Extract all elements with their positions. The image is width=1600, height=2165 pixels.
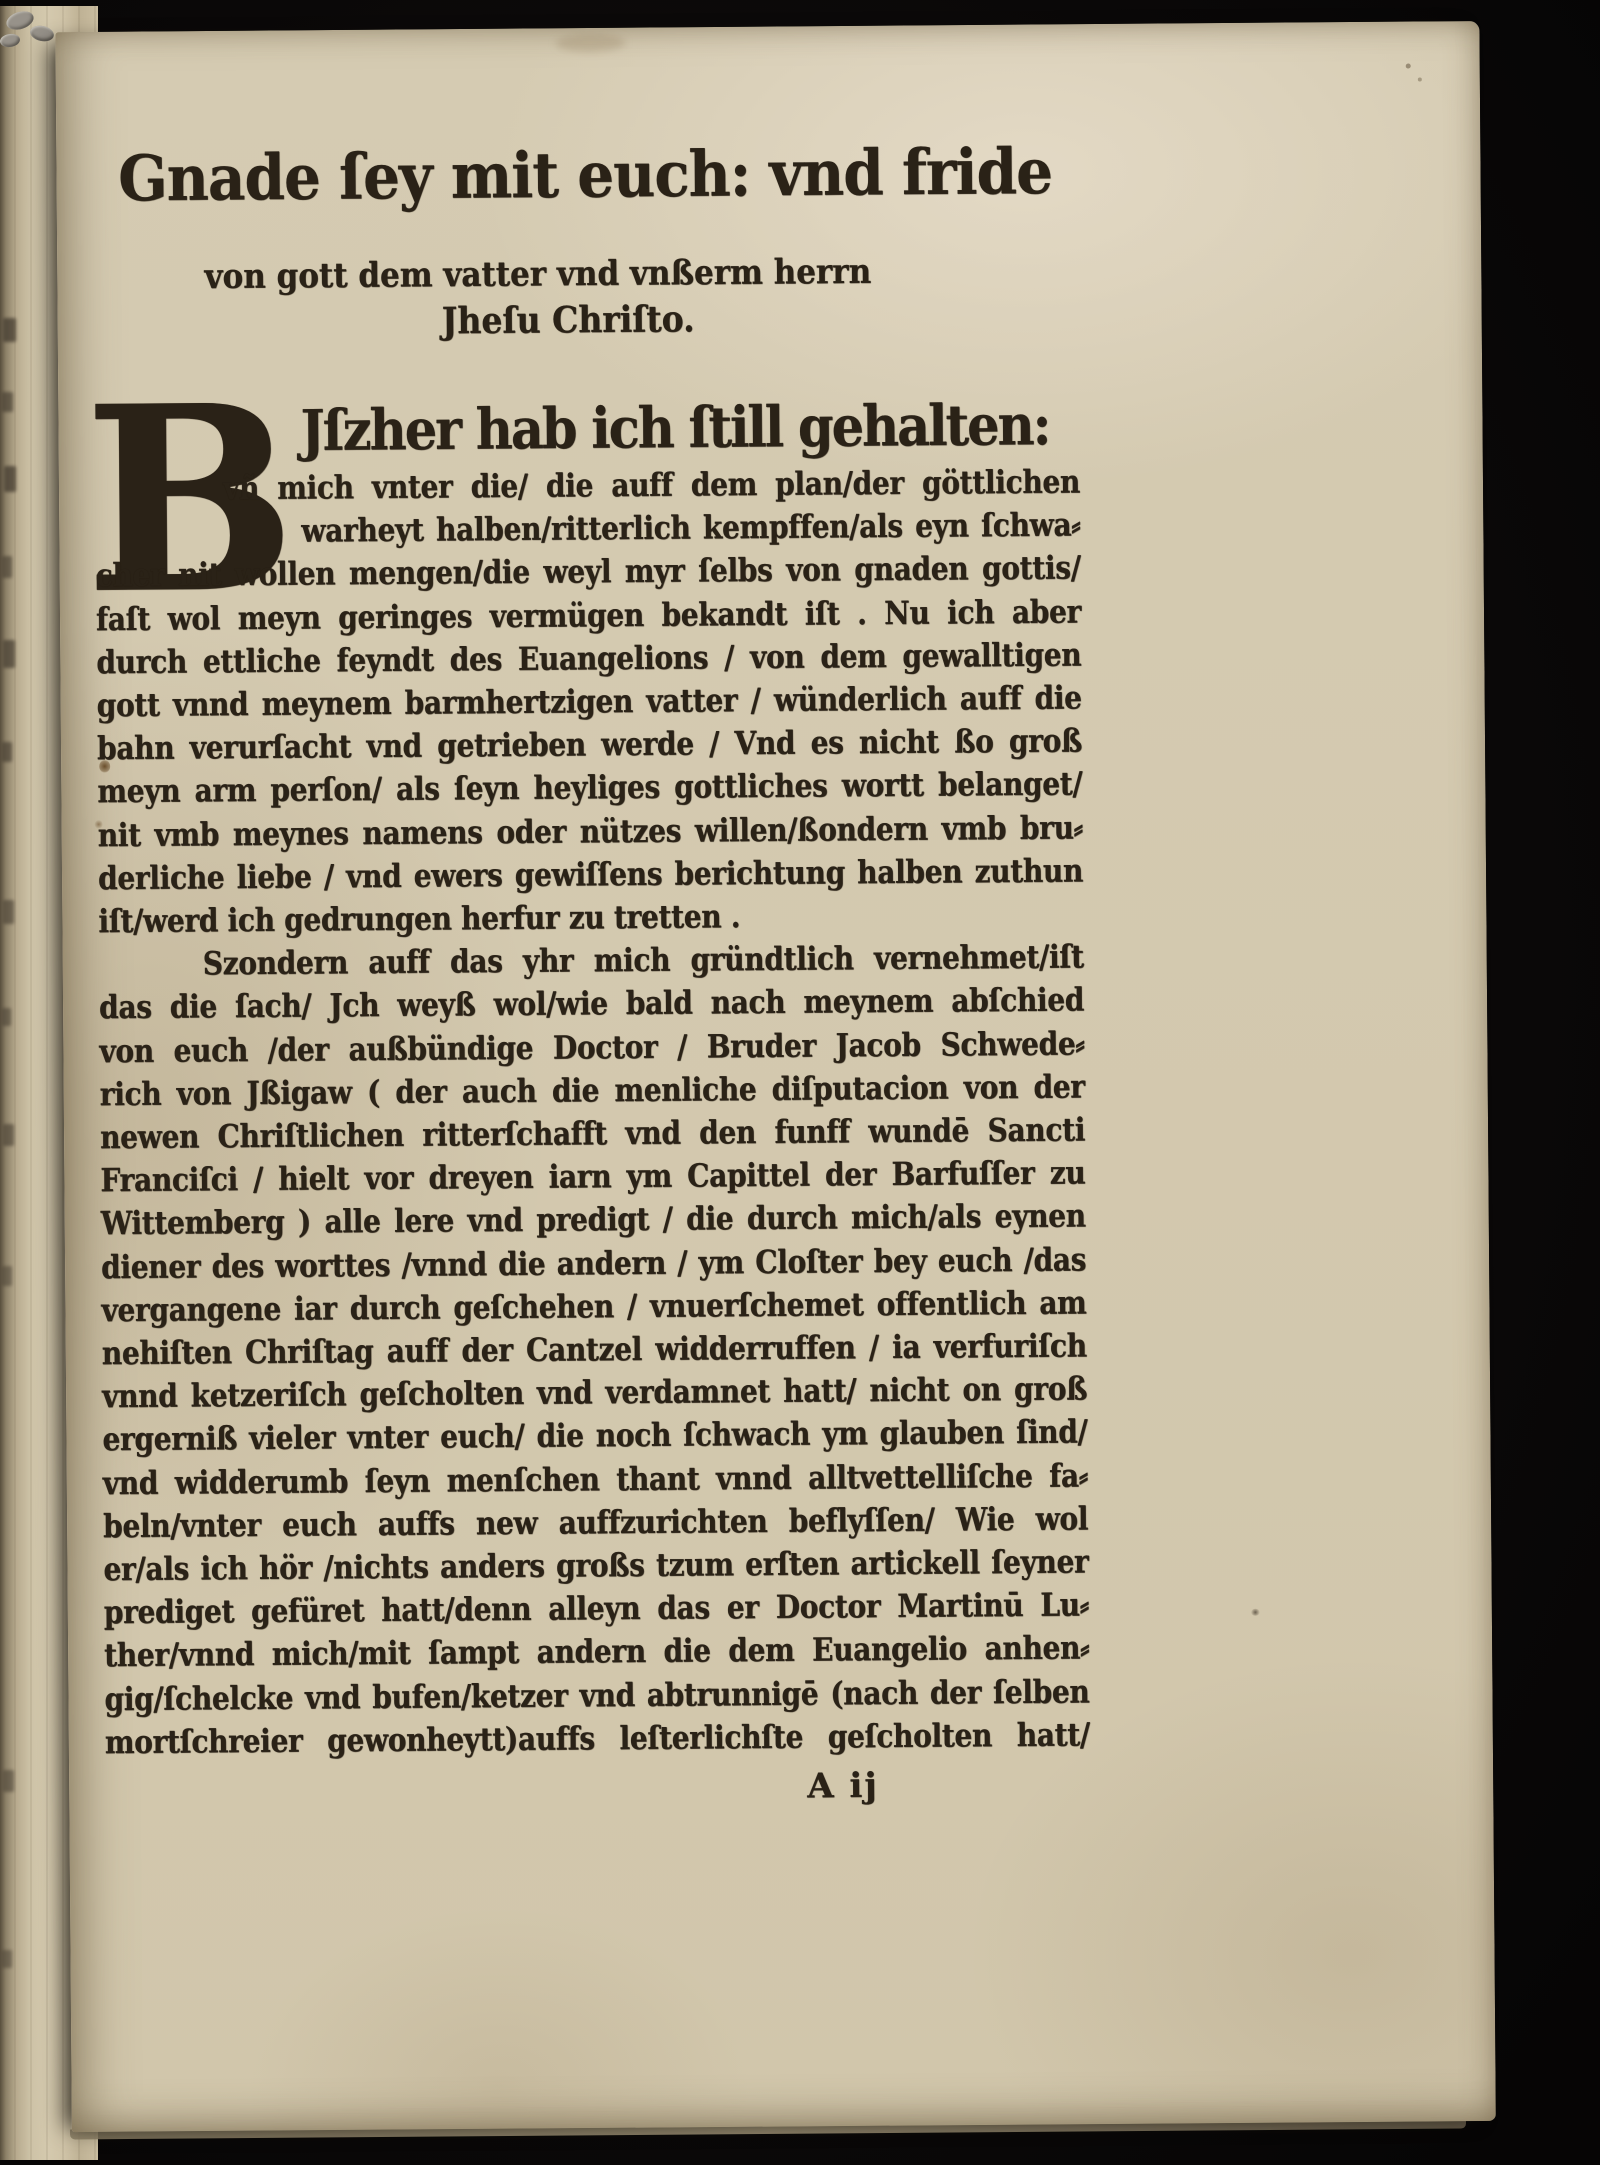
paper-stain [1418, 77, 1422, 81]
page-edge-ghost-text [2, 392, 13, 412]
signature-mark: A ij [807, 1766, 879, 1807]
page-edge-ghost-text [2, 1008, 11, 1026]
page-edge-ghost-text [3, 1770, 14, 1792]
body-text-block: B Jſzher hab ich ſtill gehalten: vñ mich… [94, 390, 1090, 1816]
paper-stain [1251, 1609, 1260, 1616]
body-paragraph-2: Szondern auff das yhr mich gründtlich ve… [99, 935, 1090, 1764]
text-column: Gnade ſey mit euch: vnd fride von gott d… [91, 24, 1092, 2132]
page-edge-ghost-text [2, 1950, 12, 1968]
page-edge-ghost-text [3, 640, 15, 668]
page-edge-ghost-text [3, 318, 16, 342]
signature-mark-row: A ij [105, 1760, 1090, 1816]
heading-christ-line: Jheſu Chriſto. [76, 292, 1061, 348]
scanned-book-photograph: Gnade ſey mit euch: vnd fride von gott d… [0, 0, 1600, 2165]
page-edge-ghost-text [2, 1266, 12, 1286]
page-edge-ghost-text [4, 466, 16, 492]
paper-stain [1406, 64, 1411, 69]
body-paragraph-1: vñ mich vnter die/ die auff dem plan/der… [95, 460, 1084, 943]
page-edge-ghost-text [2, 742, 12, 762]
book-page: Gnade ſey mit euch: vnd fride von gott d… [55, 21, 1495, 2132]
page-edge-ghost-text [3, 1124, 14, 1146]
page-edge-ghost-text [2, 556, 12, 578]
main-heading: Gnade ſey mit euch: vnd fride [92, 129, 1078, 221]
page-edge-ghost-text [3, 900, 14, 924]
text-line: mortſchreier gewonheytt)auffs leſterlich… [105, 1710, 1090, 1767]
